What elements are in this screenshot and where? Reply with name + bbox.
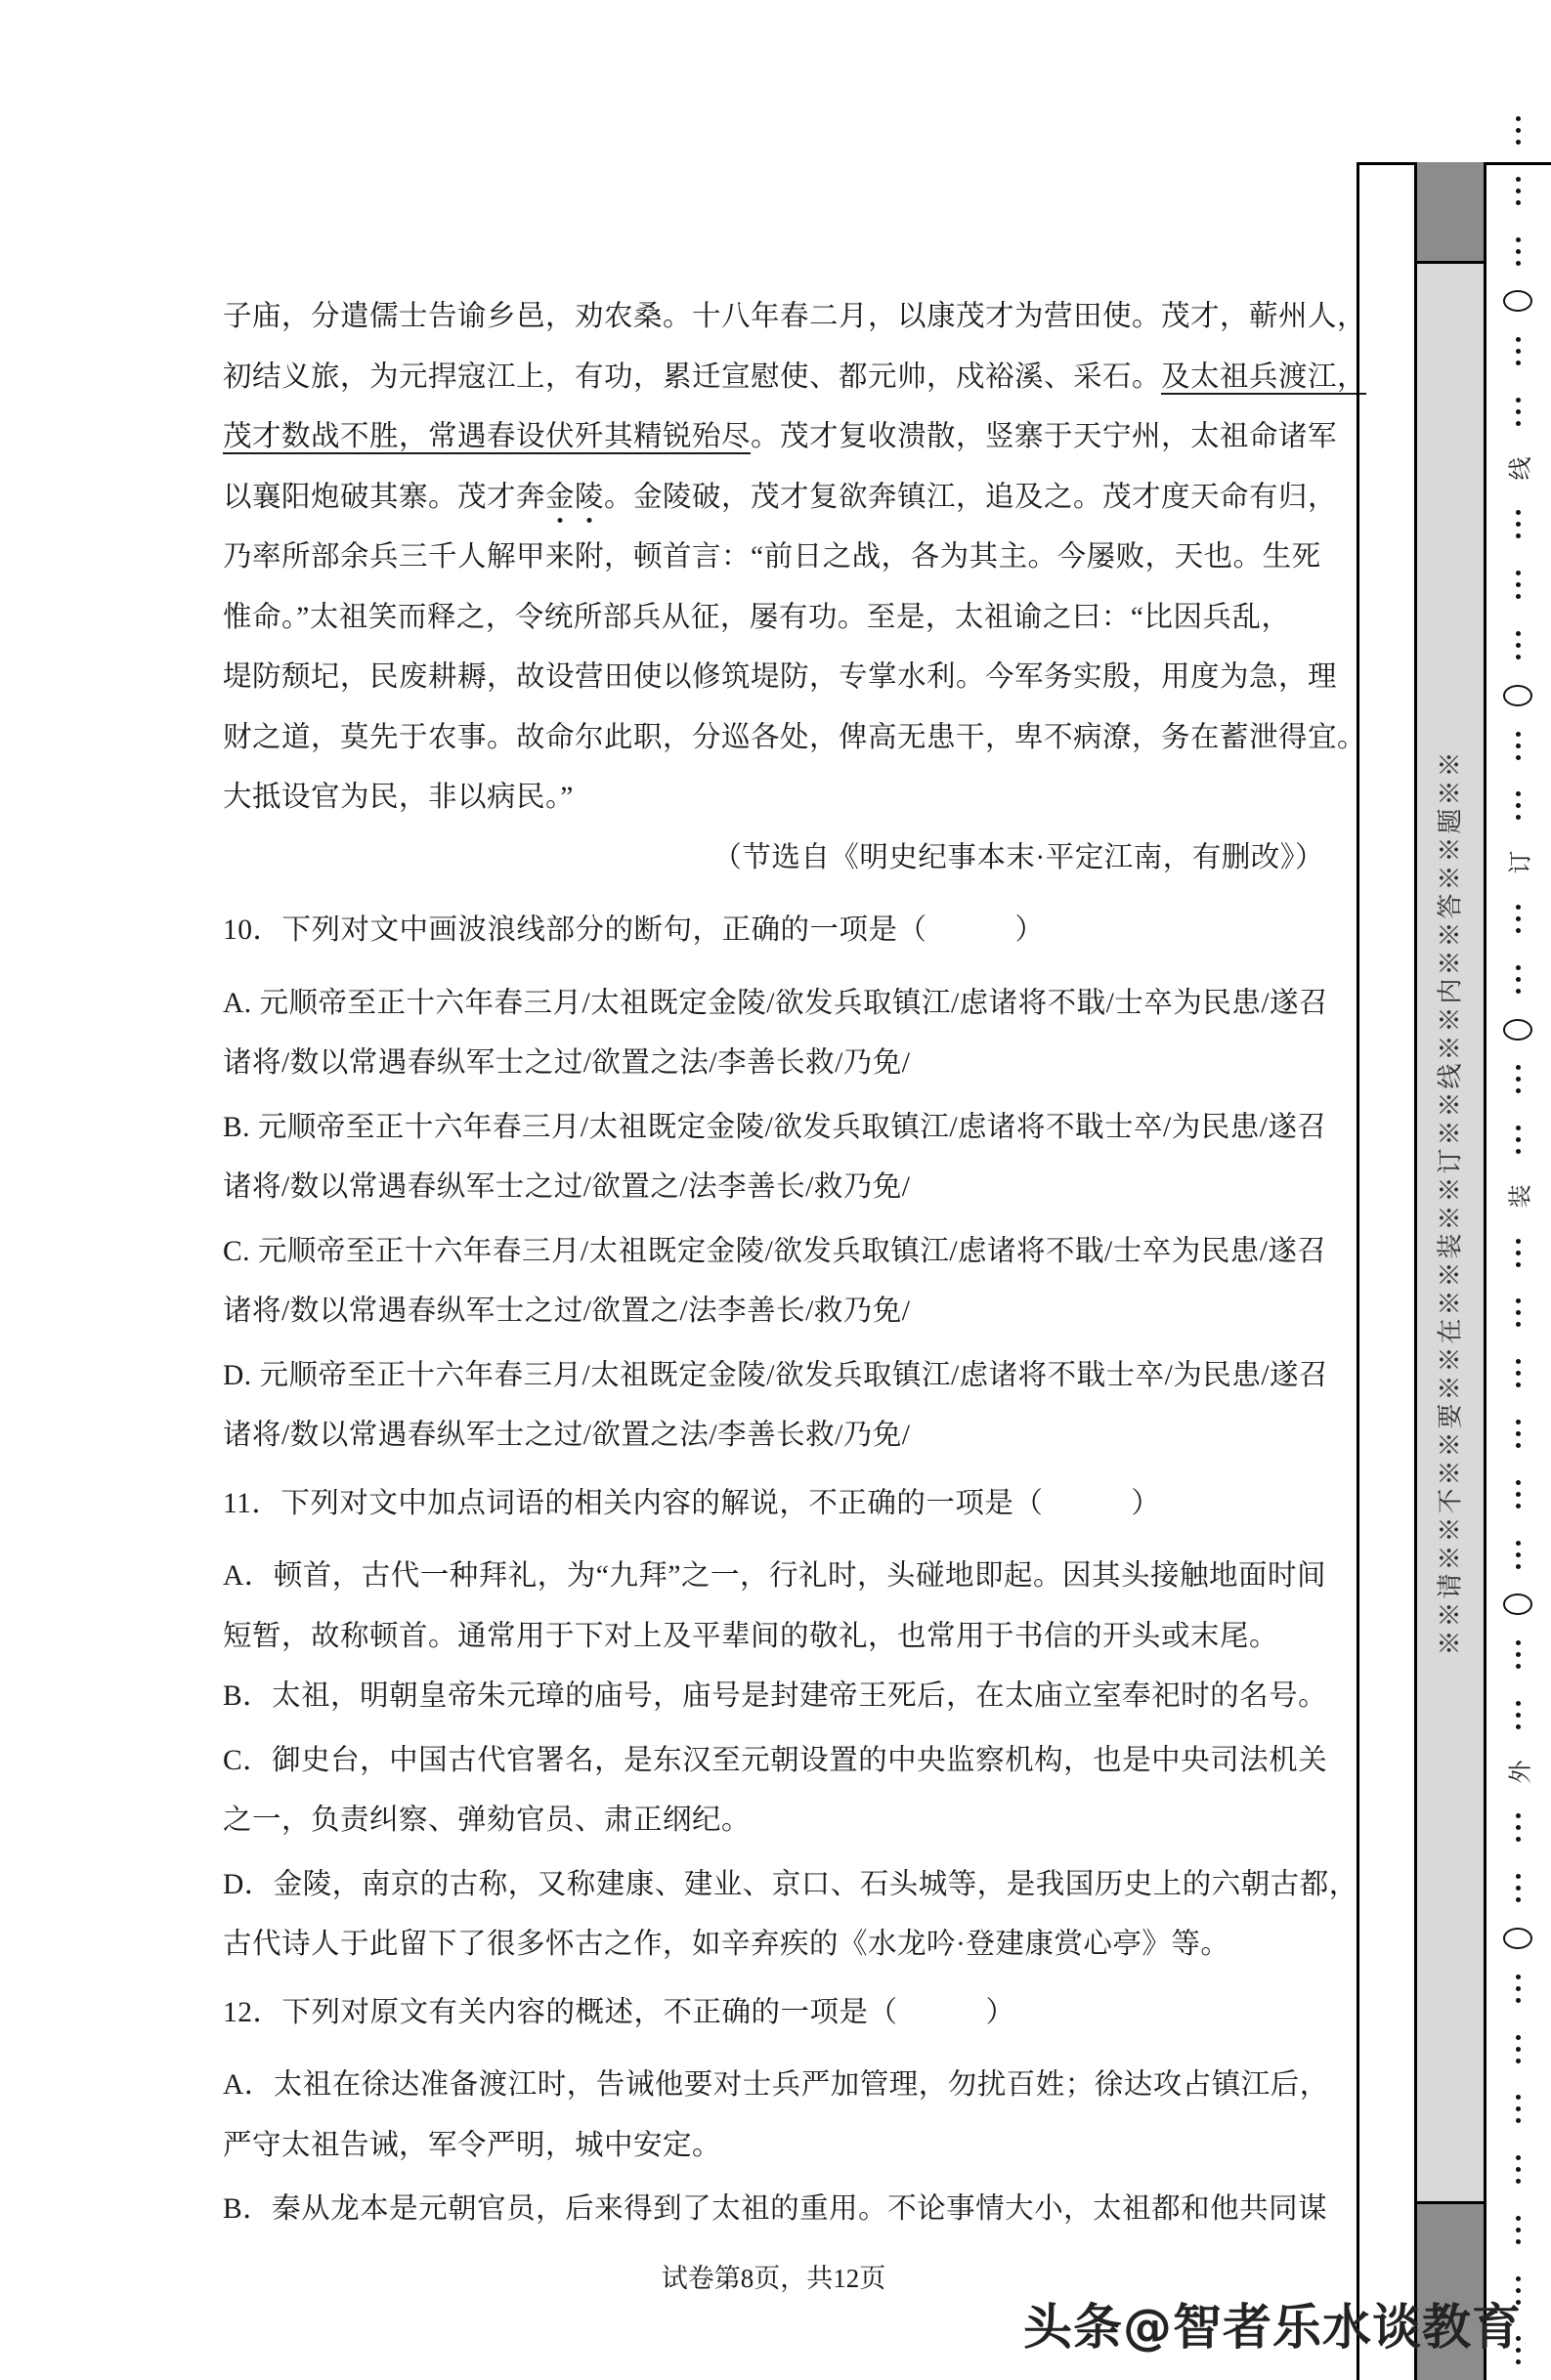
binding-circle-mark [1503, 1019, 1532, 1041]
exam-paper-page: 子庙，分遣儒士告谕乡邑，劝农桑。十八年春二月，以康茂才为营田使。茂才，蕲州人，初… [0, 0, 1551, 2380]
dotted-line-segment [1516, 109, 1521, 151]
passage-citation: （节选自《明史纪事本末·平定江南，有删改》） [223, 829, 1324, 889]
dotted-line-segment [1516, 725, 1521, 767]
dotted-line-segment [1516, 958, 1521, 1000]
text-segment: 短暂，故称顿首。通常用于下对上及平辈间的敬礼，也常用于书信的开头或末尾。 [223, 1621, 1278, 1652]
text-segment: B. 元顺帝至正十六年春三月/太祖既定金陵/欲发兵取镇江/虑诸将不戢士卒/为民患… [223, 1112, 1326, 1143]
text-segment: D．金陵，南京的古称，又称建康、建业、京口、石头城等，是我国历史上的六朝古都， [223, 1869, 1358, 1900]
text-segment: 诸将/数以常遇春纵军士之过/欲置之法/李善长救/乃免/ [223, 1420, 910, 1451]
binding-strip-top-block [1417, 162, 1484, 264]
text-segment: 乃率所部余兵三千人解甲来附，顿首言：“前日之战，各为其主。今屡败，天也。生死 [223, 541, 1321, 573]
passage-line: 子庙，分遣儒士告谕乡邑，劝农桑。十八年春二月，以康茂才为营田使。茂才，蕲州人， [223, 287, 1324, 348]
dotted-line-segment [1516, 1119, 1521, 1161]
dotted-line-segment [1516, 1352, 1521, 1394]
binding-circle-mark [1503, 685, 1532, 706]
question-11-option-d: D．金陵，南京的古称，又称建康、建业、京口、石头城等，是我国历史上的六朝古都， [223, 1855, 1324, 1916]
dotted-line-segment [1516, 898, 1521, 940]
binding-margin-char: 装 [1501, 1184, 1535, 1208]
text-segment: 以襄阳炮破其寨。茂才奔 [223, 482, 545, 513]
exam-body: 子庙，分遣儒士告谕乡邑，劝农桑。十八年春二月，以康茂才为营田使。茂才，蕲州人，初… [223, 287, 1324, 2240]
dotted-line-segment [1516, 785, 1521, 827]
text-segment: B．秦从龙本是元朝官员，后来得到了太祖的重用。不论事情大小，太祖都和他共同谋 [223, 2193, 1327, 2225]
question-10-option-c: 诸将/数以常遇春纵军士之过/欲置之/法李善长/救乃免/ [223, 1282, 1324, 1342]
question-12-option-b: B．秦从龙本是元朝官员，后来得到了太祖的重用。不论事情大小，太祖都和他共同谋 [223, 2180, 1324, 2240]
dotted-line-segment [1516, 2148, 1521, 2190]
dotted-line-segment [1516, 1806, 1521, 1849]
dotted-line-segment [1516, 1534, 1521, 1576]
question-10-option-a: A. 元顺帝至正十六年春三月/太祖既定金陵/欲发兵取镇江/虑诸将不戢/士卒为民患… [223, 974, 1324, 1035]
dotted-line-segment [1516, 1413, 1521, 1455]
dotted-line-segment [1516, 624, 1521, 666]
text-segment: 诸将/数以常遇春纵军士之过/欲置之法/李善长救/乃免/ [223, 1047, 910, 1079]
question-12-option-a: 严守太祖告诫，军令严明，城中安定。 [223, 2116, 1324, 2177]
question-10-option-b: B. 元顺帝至正十六年春三月/太祖既定金陵/欲发兵取镇江/虑诸将不戢士卒/为民患… [223, 1098, 1324, 1159]
passage-line: 财之道，莫先于农事。故命尔此职，分巡各处，俾高无患干，卑不病潦，务在蓄泄得宜。 [223, 708, 1324, 769]
text-segment: C．御史台，中国古代官署名，是东汉至元朝设置的中央监察机构，也是中央司法机关 [223, 1745, 1327, 1776]
passage-line: 以襄阳炮破其寨。茂才奔金陵。金陵破，茂才复欲奔镇江，追及之。茂才度天命有归， [223, 468, 1324, 529]
text-segment: 诸将/数以常遇春纵军士之过/欲置之/法李善长/救乃免/ [223, 1171, 910, 1203]
binding-strip [1414, 162, 1486, 2380]
question-10-stem: 10．下列对文中画波浪线部分的断句，正确的一项是（ ） [223, 901, 1324, 961]
question-11-option-d: 古代诗人于此留下了很多怀古之作，如辛弃疾的《水龙吟·登建康赏心亭》等。 [223, 1915, 1324, 1976]
question-11-option-b: B．太祖，明朝皇帝朱元璋的庙号，庙号是封建帝王死后，在太庙立室奉祀时的名号。 [223, 1667, 1324, 1727]
text-segment: 。茂才复收溃散，竖寨于天宁州，太祖命诸军 [751, 421, 1337, 452]
question-10-option-d: D. 元顺帝至正十六年春三月/太祖既定金陵/欲发兵取镇江/虑诸将不戢士卒/为民患… [223, 1346, 1324, 1407]
text-segment: 严守太祖告诫，军令严明，城中安定。 [223, 2130, 721, 2161]
text-segment: A．太祖在徐达准备渡江时，告诫他要对士兵严加管理，勿扰百姓；徐达攻占镇江后， [223, 2069, 1329, 2101]
question-11-option-c: 之一，负责纠察、弹劾官员、肃正纲纪。 [223, 1791, 1324, 1851]
question-11-option-c: C．御史台，中国古代官署名，是东汉至元朝设置的中央监察机构，也是中央司法机关 [223, 1731, 1324, 1792]
underlined-segment: 茂才数战不胜，常遇春设伏歼其精锐殆尽 [223, 421, 751, 452]
dotted-line-segment [1516, 1292, 1521, 1334]
question-12-stem: 12．下列对原文有关内容的概述，不正确的一项是（ ） [223, 1983, 1324, 2044]
text-segment: （节选自《明史纪事本末·平定江南，有删改》） [712, 842, 1324, 873]
binding-circle-mark [1503, 1594, 1532, 1615]
text-segment: C. 元顺帝至正十六年春三月/太祖既定金陵/欲发兵取镇江/虑诸将不戢/士卒为民患… [223, 1236, 1326, 1267]
text-segment: 子庙，分遣儒士告谕乡邑，劝农桑。十八年春二月，以康茂才为营田使。茂才，蕲州人， [223, 301, 1366, 332]
dotted-line-segment [1516, 391, 1521, 433]
binding-margin-char: 线 [1501, 456, 1535, 480]
dotted-line-segment [1516, 2088, 1521, 2130]
emphasis-dotted-char: 陵 [575, 480, 604, 516]
passage-line: 乃率所部余兵三千人解甲来附，顿首言：“前日之战，各为其主。今屡败，天也。生死 [223, 528, 1324, 588]
question-10-option-d: 诸将/数以常遇春纵军士之过/欲置之法/李善长救/乃免/ [223, 1406, 1324, 1466]
emphasis-dotted-char: 金 [545, 480, 575, 516]
text-segment: 10．下列对文中画波浪线部分的断句，正确的一项是（ ） [223, 914, 1045, 946]
dotted-line-segment [1516, 2209, 1521, 2251]
text-segment: 堤防颓圮，民废耕耨，故设营田使以修筑堤防，专掌水利。今军务实殷，用度为急，理 [223, 661, 1337, 693]
question-11-stem: 11．下列对文中加点词语的相关内容的解说，不正确的一项是（ ） [223, 1474, 1324, 1535]
dotted-line-segment [1516, 1634, 1521, 1676]
binding-margin-char: 订 [1501, 851, 1535, 874]
question-12-option-a: A．太祖在徐达准备渡江时，告诫他要对士兵严加管理，勿扰百姓；徐达攻占镇江后， [223, 2056, 1324, 2116]
dotted-line-segment [1516, 1968, 1521, 2010]
text-segment: 。金陵破，茂才复欲奔镇江，追及之。茂才度天命有归， [604, 482, 1337, 513]
text-segment: A．顿首，古代一种拜礼，为“九拜”之一，行礼时，头碰地即起。因其头接触地面时间 [223, 1560, 1326, 1592]
question-10-option-c: C. 元顺帝至正十六年春三月/太祖既定金陵/欲发兵取镇江/虑诸将不戢/士卒为民患… [223, 1222, 1324, 1283]
text-segment: 之一，负责纠察、弹劾官员、肃正纲纪。 [223, 1805, 751, 1836]
passage-line: 初结义旅，为元捍寇江上，有功，累迁宣慰使、都元帅，戍裕溪、采石。及太祖兵渡江， [223, 348, 1324, 408]
dotted-line-segment [1516, 503, 1521, 545]
dotted-line-segment [1516, 330, 1521, 372]
dotted-line-segment [1516, 2028, 1521, 2070]
dotted-line-segment [1516, 564, 1521, 606]
binding-circle-mark [1503, 1928, 1532, 1949]
dotted-line-segment [1516, 1058, 1521, 1100]
question-10-option-a: 诸将/数以常遇春纵军士之过/欲置之法/李善长救/乃免/ [223, 1034, 1324, 1094]
binding-margin-column: 线订装外 [1503, 109, 1532, 2372]
passage-line: 惟命。”太祖笑而释之，令统所部兵从征，屡有功。至是，太祖谕之曰：“比因兵乱， [223, 588, 1324, 649]
passage-line: 大抵设官为民，非以病民。” [223, 768, 1324, 829]
text-segment: 初结义旅，为元捍寇江上，有功，累迁宣慰使、都元帅，戍裕溪、采石。 [223, 361, 1161, 393]
watermark-text: 头条@智者乐水谈教育 [1023, 2288, 1522, 2359]
dotted-line-segment [1516, 170, 1521, 212]
text-segment: D. 元顺帝至正十六年春三月/太祖既定金陵/欲发兵取镇江/虑诸将不戢士卒/为民患… [223, 1360, 1328, 1391]
binding-margin-char: 外 [1501, 1760, 1535, 1783]
binding-vertical-rule [1357, 162, 1359, 2380]
passage-line: 堤防颓圮，民废耕耨，故设营田使以修筑堤防，专掌水利。今军务实殷，用度为急，理 [223, 648, 1324, 708]
text-segment: 财之道，莫先于农事。故命尔此职，分巡各处，俾高无患干，卑不病潦，务在蓄泄得宜。 [223, 722, 1366, 753]
binding-circle-mark [1503, 290, 1532, 312]
underlined-segment: 及太祖兵渡江， [1161, 361, 1366, 393]
text-segment: 11．下列对文中加点词语的相关内容的解说，不正确的一项是（ ） [223, 1488, 1160, 1519]
dotted-line-segment [1516, 1232, 1521, 1274]
text-segment: 大抵设官为民，非以病民。” [223, 782, 574, 813]
question-11-option-a: A．顿首，古代一种拜礼，为“九拜”之一，行礼时，头碰地即起。因其头接触地面时间 [223, 1547, 1324, 1607]
text-segment: 古代诗人于此留下了很多怀古之作，如辛弃疾的《水龙吟·登建康赏心亭》等。 [223, 1929, 1229, 1960]
dotted-line-segment [1516, 1694, 1521, 1736]
text-segment: A. 元顺帝至正十六年春三月/太祖既定金陵/欲发兵取镇江/虑诸将不戢/士卒为民患… [223, 988, 1328, 1019]
dotted-line-segment [1516, 1473, 1521, 1515]
text-segment: 12．下列对原文有关内容的概述，不正确的一项是（ ） [223, 1997, 1015, 2028]
question-11-option-a: 短暂，故称顿首。通常用于下对上及平辈间的敬礼，也常用于书信的开头或末尾。 [223, 1607, 1324, 1668]
passage-line: 茂才数战不胜，常遇春设伏歼其精锐殆尽。茂才复收溃散，竖寨于天宁州，太祖命诸军 [223, 407, 1324, 468]
dotted-line-segment [1516, 231, 1521, 273]
text-segment: 诸将/数以常遇春纵军士之过/欲置之/法李善长/救乃免/ [223, 1296, 910, 1327]
text-segment: 惟命。”太祖笑而释之，令统所部兵从征，屡有功。至是，太祖谕之曰：“比因兵乱， [223, 602, 1290, 633]
dotted-line-segment [1516, 1867, 1521, 1909]
question-10-option-b: 诸将/数以常遇春纵军士之过/欲置之/法李善长/救乃免/ [223, 1158, 1324, 1218]
text-segment: B．太祖，明朝皇帝朱元璋的庙号，庙号是封建帝王死后，在太庙立室奉祀时的名号。 [223, 1680, 1327, 1712]
